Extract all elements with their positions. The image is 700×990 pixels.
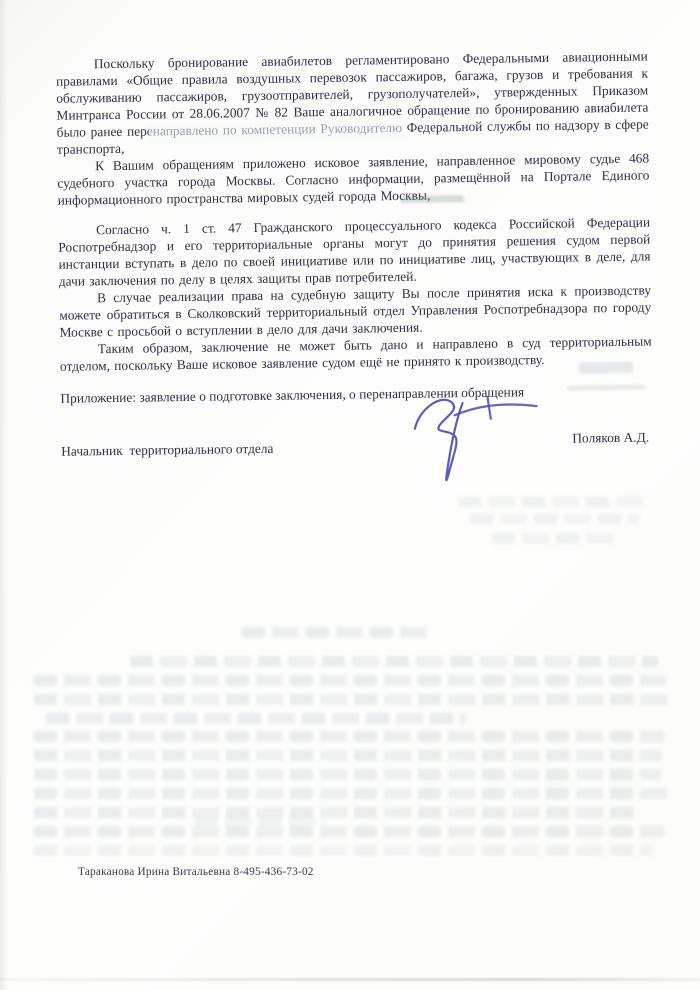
paragraph-aviation-rules: Поскольку бронирование авиабилетов регла…: [56, 48, 649, 158]
paragraph-claim-attached: К Вашим обращениям приложено исковое зая…: [57, 150, 650, 209]
faint-mark: [579, 362, 633, 374]
scanned-letter-page: Поскольку бронирование авиабилетов регла…: [0, 0, 700, 990]
attachment-line: Приложение: заявление о подготовке заклю…: [60, 381, 652, 406]
struck-text-smudge: [401, 195, 464, 203]
signer-position-title: Начальник территориального отдела: [61, 440, 273, 460]
paragraph-judicial-protection: В случае реализации права на судебную за…: [59, 281, 652, 340]
print-fade-smudge: [149, 121, 407, 144]
paragraph-conclusion: Таким образом, заключение не может быть …: [60, 332, 652, 374]
letter-body: Поскольку бронирование авиабилетов регла…: [0, 0, 700, 990]
signer-name: Поляков А.Д.: [572, 428, 653, 446]
signature-ink: [392, 383, 554, 500]
executor-contact: Тараканова Ирина Витальевна 8-495-436-73…: [78, 866, 314, 878]
paragraph-article-47: Согласно ч. 1 ст. 47 Гражданского процес…: [58, 213, 651, 289]
signature-row: Начальник территориального отдела Поляко…: [61, 434, 653, 459]
